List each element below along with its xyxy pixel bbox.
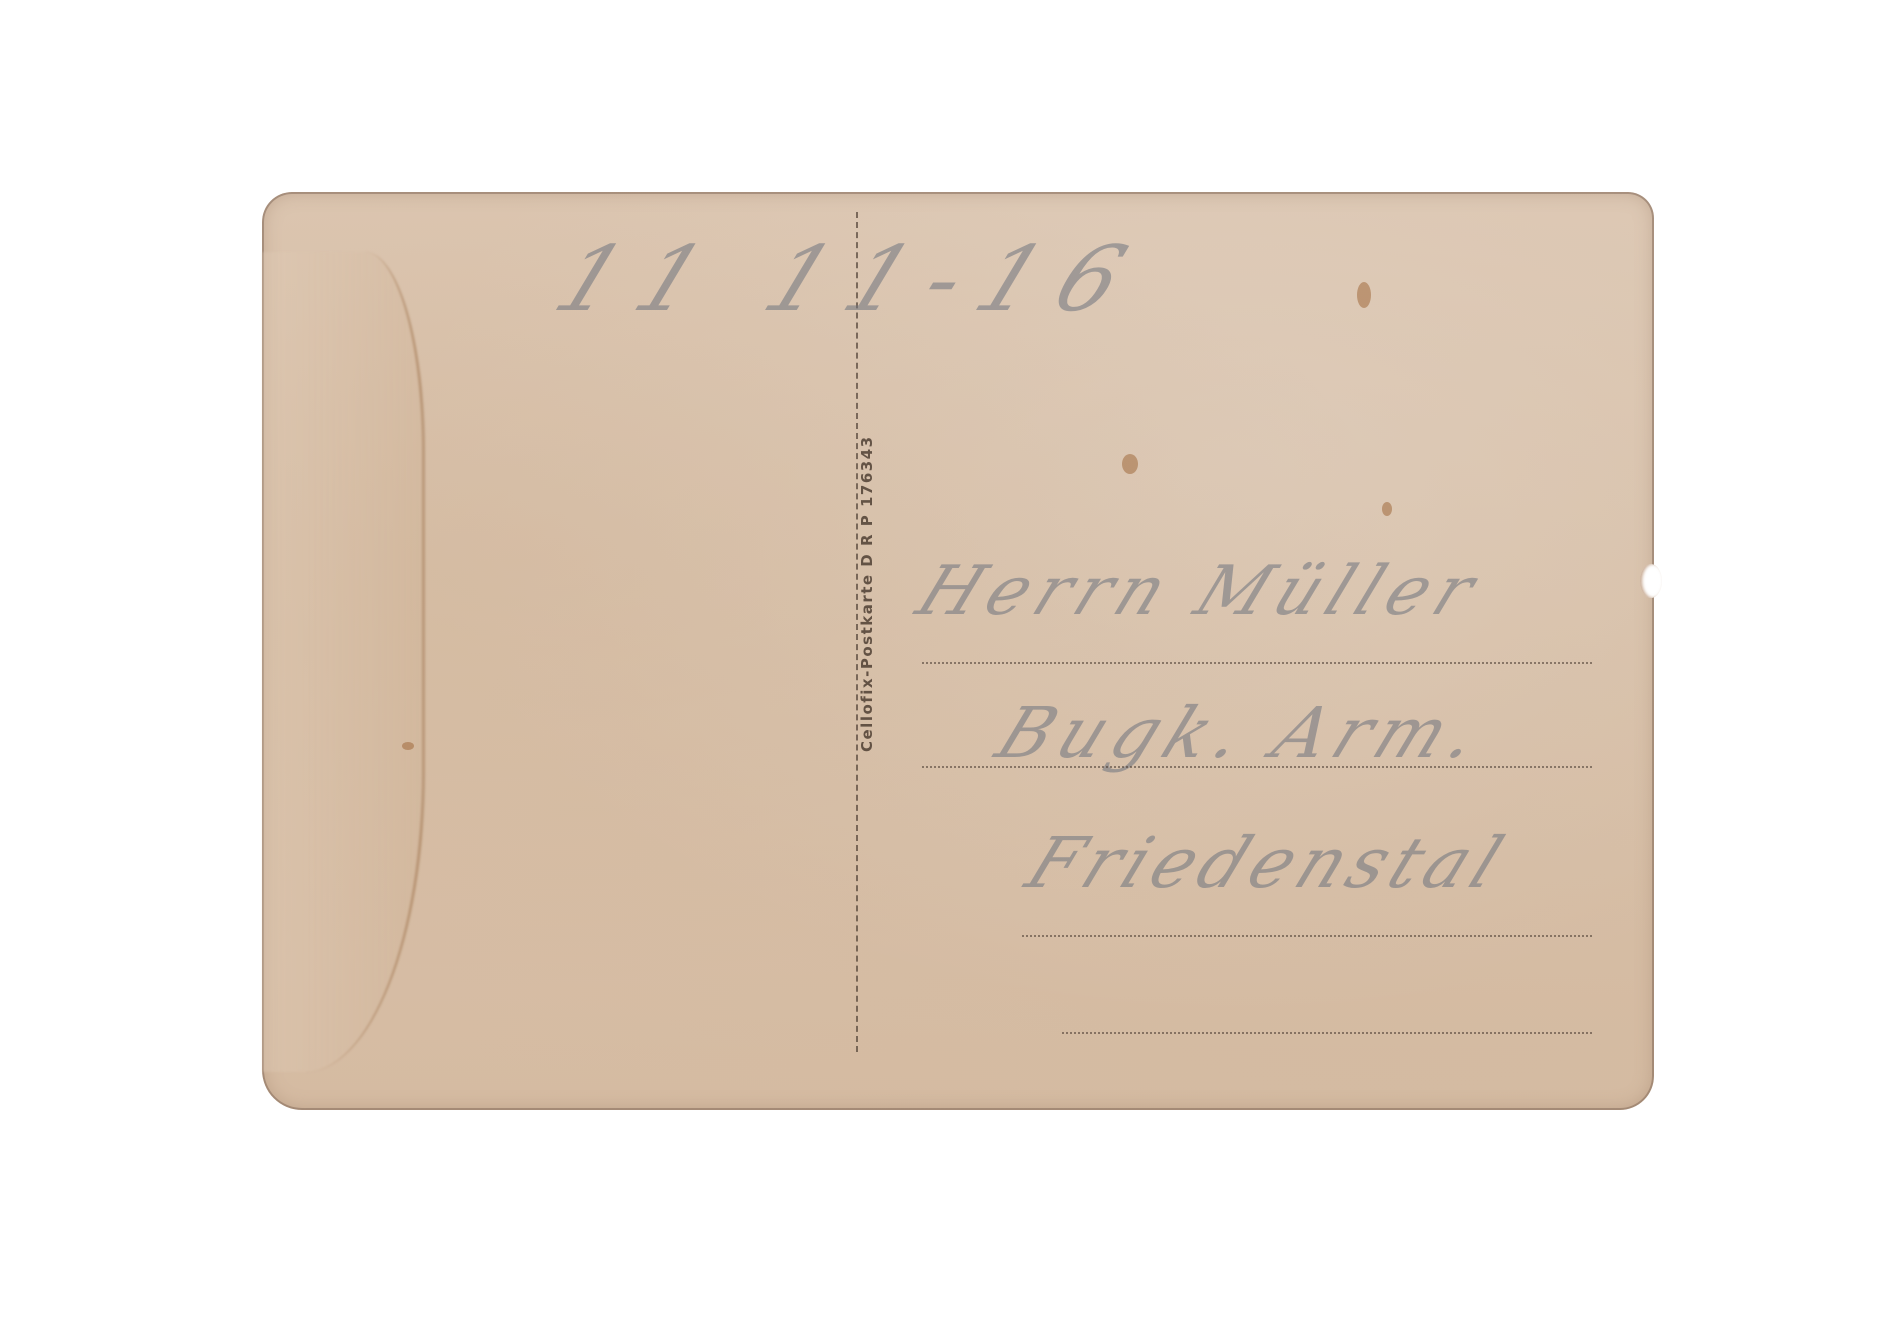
address-line-1 <box>922 662 1592 664</box>
postcard: Cellofix-Postkarte D R P 176343 11 11-16… <box>262 192 1654 1110</box>
address-line-1-text: Herrn Müller <box>906 552 1494 631</box>
address-line-3 <box>1022 935 1592 937</box>
address-line-4 <box>1062 1032 1592 1034</box>
foxing-spot <box>1357 282 1371 308</box>
address-line-2 <box>922 766 1592 768</box>
water-stain <box>262 252 425 1072</box>
handwritten-date: 11 11-16 <box>541 227 1162 332</box>
publisher-imprint: Cellofix-Postkarte D R P 176343 <box>858 435 876 752</box>
foxing-spot <box>1122 454 1138 474</box>
edge-notch <box>1640 564 1662 598</box>
foxing-spot <box>1382 502 1392 516</box>
address-line-2-text: Bugk. Arm. <box>985 692 1499 774</box>
address-line-3-text: Friedenstal <box>1015 822 1519 904</box>
foxing-spot <box>402 742 414 750</box>
